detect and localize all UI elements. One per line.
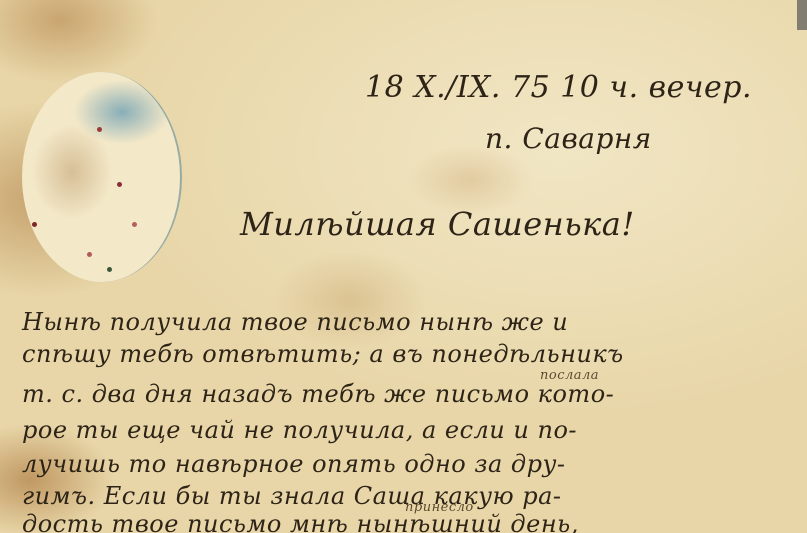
- letter-page: 18 X./IX. 75 10 ч. вечер. п. Саварня Мил…: [0, 0, 807, 533]
- letter-place: п. Саварня: [485, 122, 652, 155]
- body-line-4: рое ты еще чай не получила, а если и по-: [22, 416, 577, 444]
- body-line-5: лучишь то навѣрное опять одно за дру-: [22, 450, 566, 478]
- body-line-3: т. с. два дня назадъ тебѣ же письмо кото…: [22, 380, 614, 408]
- salutation: Милѣйшая Сашенька!: [240, 205, 635, 243]
- decoration-dot: [107, 267, 112, 272]
- decorative-oval-vignette: [22, 72, 182, 282]
- letter-date: 18 X./IX. 75 10 ч. вечер.: [365, 70, 752, 105]
- body-line-1: Нынѣ получила твое письмо нынѣ же и: [22, 308, 568, 336]
- photo-edge: [797, 0, 807, 30]
- decoration-dot: [32, 222, 37, 227]
- body-line-2: спѣшу тебѣ отвѣтить; а въ понедѣльникъ: [22, 340, 624, 368]
- decoration-dot: [87, 252, 92, 257]
- decoration-dot: [132, 222, 137, 227]
- body-line-6: гимъ. Если бы ты знала Саша какую ра-: [22, 482, 562, 510]
- decoration-dot: [97, 127, 102, 132]
- body-line-7: дость твое письмо мнѣ нынѣшний день,: [22, 510, 579, 533]
- decoration-dot: [117, 182, 122, 187]
